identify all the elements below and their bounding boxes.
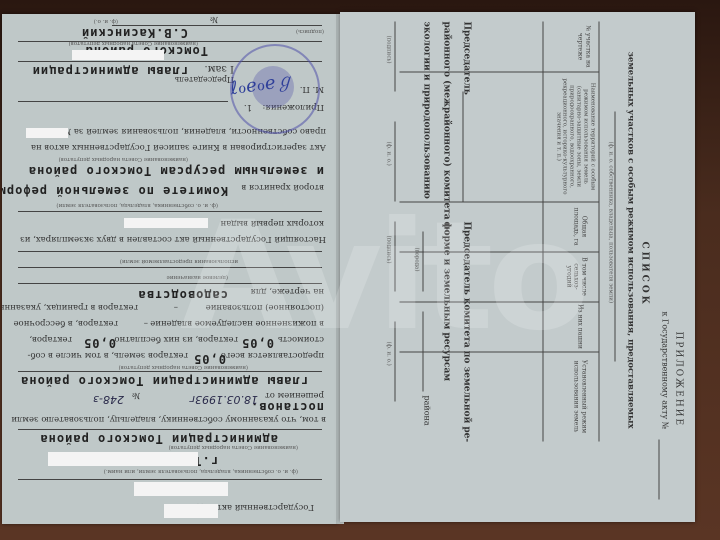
redacted-number xyxy=(72,50,164,60)
underline xyxy=(18,371,322,372)
position-line1: I зам. xyxy=(204,63,234,74)
second-copy-hint: (наименование Совета народных депутатов) xyxy=(59,156,188,162)
redacted-field xyxy=(134,482,228,496)
underline xyxy=(18,479,322,480)
chair1-title: Председатель xyxy=(462,22,472,95)
underline xyxy=(395,222,396,292)
underline xyxy=(395,122,396,202)
permanent-line: (постоянное) пользование xyxy=(206,302,324,312)
underline xyxy=(463,92,464,202)
owner-hint: (ф. и. о. собственника, владельца, польз… xyxy=(608,142,614,304)
table-col-divider xyxy=(400,252,600,253)
registered-line: Акт зарегистрирован в Книге записей Госу… xyxy=(14,142,326,152)
total-line: предоставляется всего xyxy=(221,350,324,360)
table-header-cell: Из них пашни xyxy=(576,304,584,350)
chair1-line3: экологии и природопользованию xyxy=(422,22,432,199)
fio-label: (ф. и. о.) xyxy=(94,18,118,24)
chair2-line2: форме и земельным ресурсам xyxy=(442,222,452,382)
appendix-title: ПРИЛОЖЕНИЕ xyxy=(674,332,684,428)
table-col-divider xyxy=(400,302,600,303)
decision-date: 18.03.1993г xyxy=(189,393,258,406)
underline xyxy=(18,41,322,42)
underline xyxy=(112,25,322,26)
redacted-field xyxy=(26,128,68,138)
permanent-suffix: гектаров в границах, указанных xyxy=(2,302,138,312)
chair1-line2: районного (межрайонного) комитета по xyxy=(442,22,452,236)
district-label: района xyxy=(423,396,432,426)
total-value: 0,05 xyxy=(193,352,226,366)
table-header-cell: В том числе сельхоз-угодий xyxy=(565,254,588,300)
list-subtitle: земельных участков с особым режимом испо… xyxy=(626,52,636,429)
underline xyxy=(615,112,616,362)
ownership-value: 0,05 xyxy=(241,336,274,350)
position-typed: главы администрации xyxy=(32,64,188,78)
second-copy-typed: Комитете по земельной реформе xyxy=(2,184,228,198)
underline xyxy=(395,322,396,402)
table-col-divider xyxy=(400,202,600,203)
table-header-cell: Установленный режим использования земель xyxy=(573,354,588,440)
second-copy-line: второй хранится в xyxy=(242,182,324,192)
present-act-line: Настоящий Государственный акт составлен … xyxy=(14,234,326,244)
inherited-value: – xyxy=(144,318,148,328)
signature-hint: (подпись) xyxy=(386,236,392,264)
appendix-ref: к Государственному акту № xyxy=(661,312,670,430)
table-header-border xyxy=(543,22,544,442)
decision-no-label: № xyxy=(132,390,140,400)
city-hint: (города) xyxy=(414,248,420,272)
owner-hint: (ф. и. о. собственника, владельца, польз… xyxy=(104,468,298,474)
drawing-line: на чертеже, для xyxy=(250,286,324,296)
drawing-typed: садоводства xyxy=(138,288,228,302)
ownership-suffix: гектаров, xyxy=(29,334,72,344)
decision-line: решением от xyxy=(265,390,324,400)
decision-no: 248-з xyxy=(93,393,124,406)
table-header-cell: Наименование территорий с особым режимом… xyxy=(554,74,595,200)
chair2-title: Председатель комитета по земельной ре- xyxy=(462,222,472,443)
underline xyxy=(18,267,322,268)
underline xyxy=(18,251,322,252)
admin-typed: администрации Томского района xyxy=(39,432,278,446)
list-title: СПИСОК xyxy=(640,242,650,307)
inherited-line: в пожизненное наследуемое владение xyxy=(150,318,324,328)
ownership-mid: гектаров, из них бесплатно xyxy=(114,334,238,344)
underline xyxy=(18,283,322,284)
table-col-divider xyxy=(400,352,600,353)
underline xyxy=(18,101,228,102)
underline xyxy=(659,440,660,500)
redacted-field xyxy=(164,504,218,518)
underline xyxy=(423,312,424,392)
underline xyxy=(18,211,322,212)
appendix-right-page: ПРИЛОЖЕНИЕ к Государственному акту № СПИ… xyxy=(340,12,695,522)
confirm-line: в том, что указанному собственнику, влад… xyxy=(14,414,326,424)
signature-hint: (подпись) xyxy=(386,36,392,64)
table-top-border xyxy=(599,22,600,442)
owner-hint: (ф. и. о. собственника, владельца, польз… xyxy=(56,202,218,208)
ownership-line: стоимость xyxy=(278,334,324,344)
number-label: № xyxy=(210,14,218,24)
use-purpose-hint: использования предоставляемой земли) xyxy=(120,258,238,264)
council2-hint: (наименование Совета народных депутатов) xyxy=(119,364,248,370)
fio-hint: (ф. и. о.) xyxy=(386,142,392,166)
inherited-suffix: гектаров, в бессрочное xyxy=(14,318,118,328)
council2-typed: главы администрации Томского района xyxy=(20,374,308,388)
first-copy-line: которых первый выдан xyxy=(220,218,324,228)
table-header-cell: № участка на чертеже xyxy=(577,24,592,70)
total-suffix: гектаров земель, в том числе в соб- xyxy=(27,350,188,360)
permanent-value: – xyxy=(174,302,178,312)
table-header-cell: Общая площадь, га xyxy=(573,204,588,250)
decision-typed: постанов. xyxy=(250,400,324,414)
purpose-hint: (целевое назначение xyxy=(167,274,228,280)
signature-hint: (подпись) xyxy=(296,28,324,34)
underline xyxy=(423,232,424,292)
ownership-free: 0,05 xyxy=(83,336,116,350)
underline xyxy=(18,429,322,430)
state-act-left-page: Государственный акт выдан (ф. и. о. собс… xyxy=(2,14,338,524)
signature-name: С.В.Касинский xyxy=(81,26,188,40)
fio-hint: (ф. и. о.) xyxy=(386,342,392,366)
redacted-field xyxy=(124,218,208,228)
second-copy-typed2: и земельным ресурсам Томского района xyxy=(28,164,324,178)
right-page-content: ПРИЛОЖЕНИЕ к Государственному акту № СПИ… xyxy=(341,12,696,522)
underline xyxy=(395,22,396,92)
redacted-field xyxy=(48,452,198,466)
